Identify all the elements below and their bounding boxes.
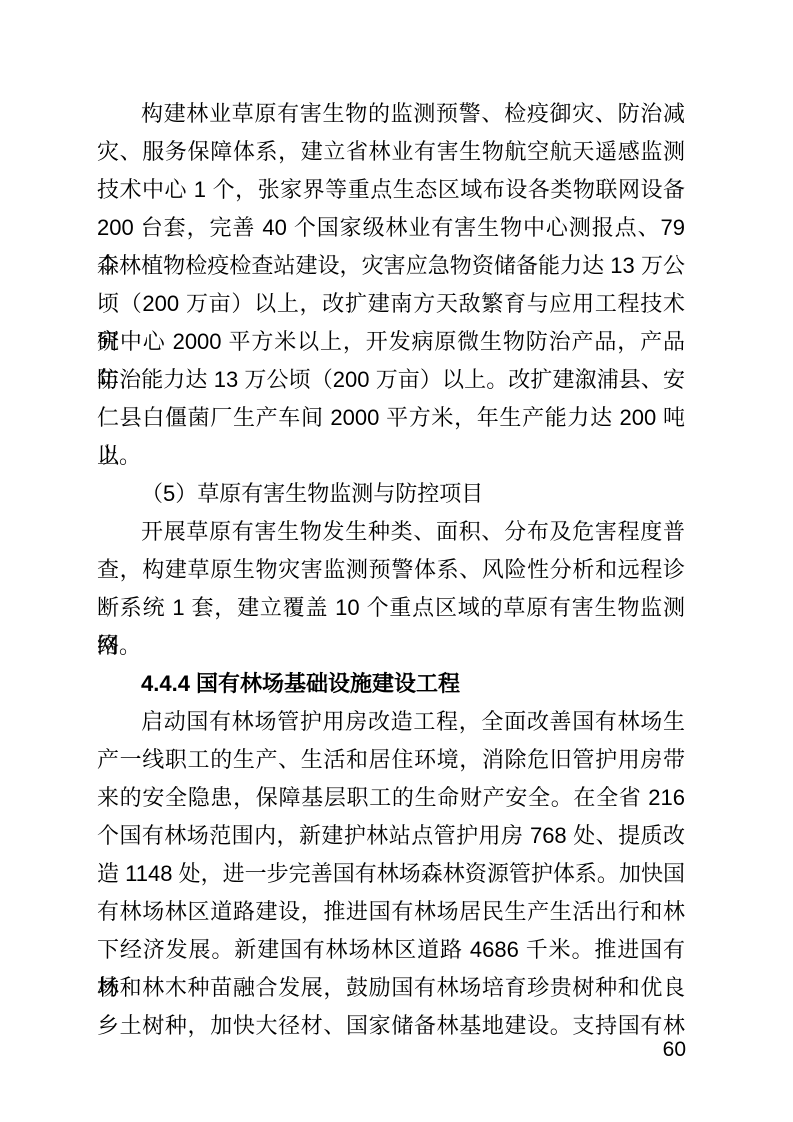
heading-4-4-4-state-owned-forest-farms: 4.4.4 国有林场基础设施建设工程 [97, 665, 685, 703]
para-grassland-pest-survey: 开展草原有害生物发生种类、面积、分布及危害程度普查，构建草原生物灾害监测预警体系… [97, 513, 685, 665]
text-line: （5）草原有害生物监测与防控项目 [97, 475, 685, 513]
text-line: 场和林木种苗融合发展，鼓励国有林场培育珍贵树种和优良 [97, 969, 685, 1007]
text-line: 络。 [97, 627, 685, 665]
text-line: 断系统 1 套，建立覆盖 10 个重点区域的草原有害生物监测网 [97, 589, 685, 627]
text-line: 产一线职工的生产、生活和居住环境，消除危旧管护用房带 [97, 741, 685, 779]
page-body: 构建林业草原有害生物的监测预警、检疫御灾、防治减灾、服务保障体系，建立省林业有害… [97, 95, 685, 1045]
para-grassland-pest-title: （5）草原有害生物监测与防控项目 [97, 475, 685, 513]
text-line: 灾、服务保障体系，建立省林业有害生物航空航天遥感监测 [97, 133, 685, 171]
text-line: 来的安全隐患，保障基层职工的生命财产安全。在全省 216 [97, 779, 685, 817]
para-forest-farm-infrastructure: 启动国有林场管护用房改造工程，全面改善国有林场生产一线职工的生产、生活和居住环境… [97, 703, 685, 1045]
text-line: 构建林业草原有害生物的监测预警、检疫御灾、防治减 [97, 95, 685, 133]
text-line: 启动国有林场管护用房改造工程，全面改善国有林场生 [97, 703, 685, 741]
text-line: 造 1148 处，进一步完善国有林场森林资源管护体系。加快国 [97, 855, 685, 893]
document-page: 构建林业草原有害生物的监测预警、检疫御灾、防治减灾、服务保障体系，建立省林业有害… [0, 0, 793, 1122]
text-line: 乡土树种，加快大径材、国家储备林基地建设。支持国有林 [97, 1007, 685, 1045]
text-line: 开展草原有害生物发生种类、面积、分布及危害程度普 [97, 513, 685, 551]
para-forestry-pest-prevention: 构建林业草原有害生物的监测预警、检疫御灾、防治减灾、服务保障体系，建立省林业有害… [97, 95, 685, 475]
text-line: 200 台套，完善 40 个国家级林业有害生物中心测报点、79 个 [97, 209, 685, 247]
text-line: 有林场林区道路建设，推进国有林场居民生产生活出行和林 [97, 893, 685, 931]
text-line: 顷（200 万亩）以上，改扩建南方天敌繁育与应用工程技术研 [97, 285, 685, 323]
text-line: 防治能力达 13 万公顷（200 万亩）以上。改扩建溆浦县、安 [97, 361, 685, 399]
text-line: 仁县白僵菌厂生产车间 2000 平方米，年生产能力达 200 吨以 [97, 399, 685, 437]
text-line: 究中心 2000 平方米以上，开发病原微生物防治产品，产品年 [97, 323, 685, 361]
text-line: 个国有林场范围内，新建护林站点管护用房 768 处、提质改 [97, 817, 685, 855]
page-number: 60 [663, 1037, 686, 1063]
text-line: 下经济发展。新建国有林场林区道路 4686 千米。推进国有林 [97, 931, 685, 969]
text-line: 上。 [97, 437, 685, 475]
text-line: 4.4.4 国有林场基础设施建设工程 [97, 665, 685, 703]
text-line: 森林植物检疫检查站建设，灾害应急物资储备能力达 13 万公 [97, 247, 685, 285]
text-line: 技术中心 1 个，张家界等重点生态区域布设各类物联网设备 [97, 171, 685, 209]
text-line: 查，构建草原生物灾害监测预警体系、风险性分析和远程诊 [97, 551, 685, 589]
